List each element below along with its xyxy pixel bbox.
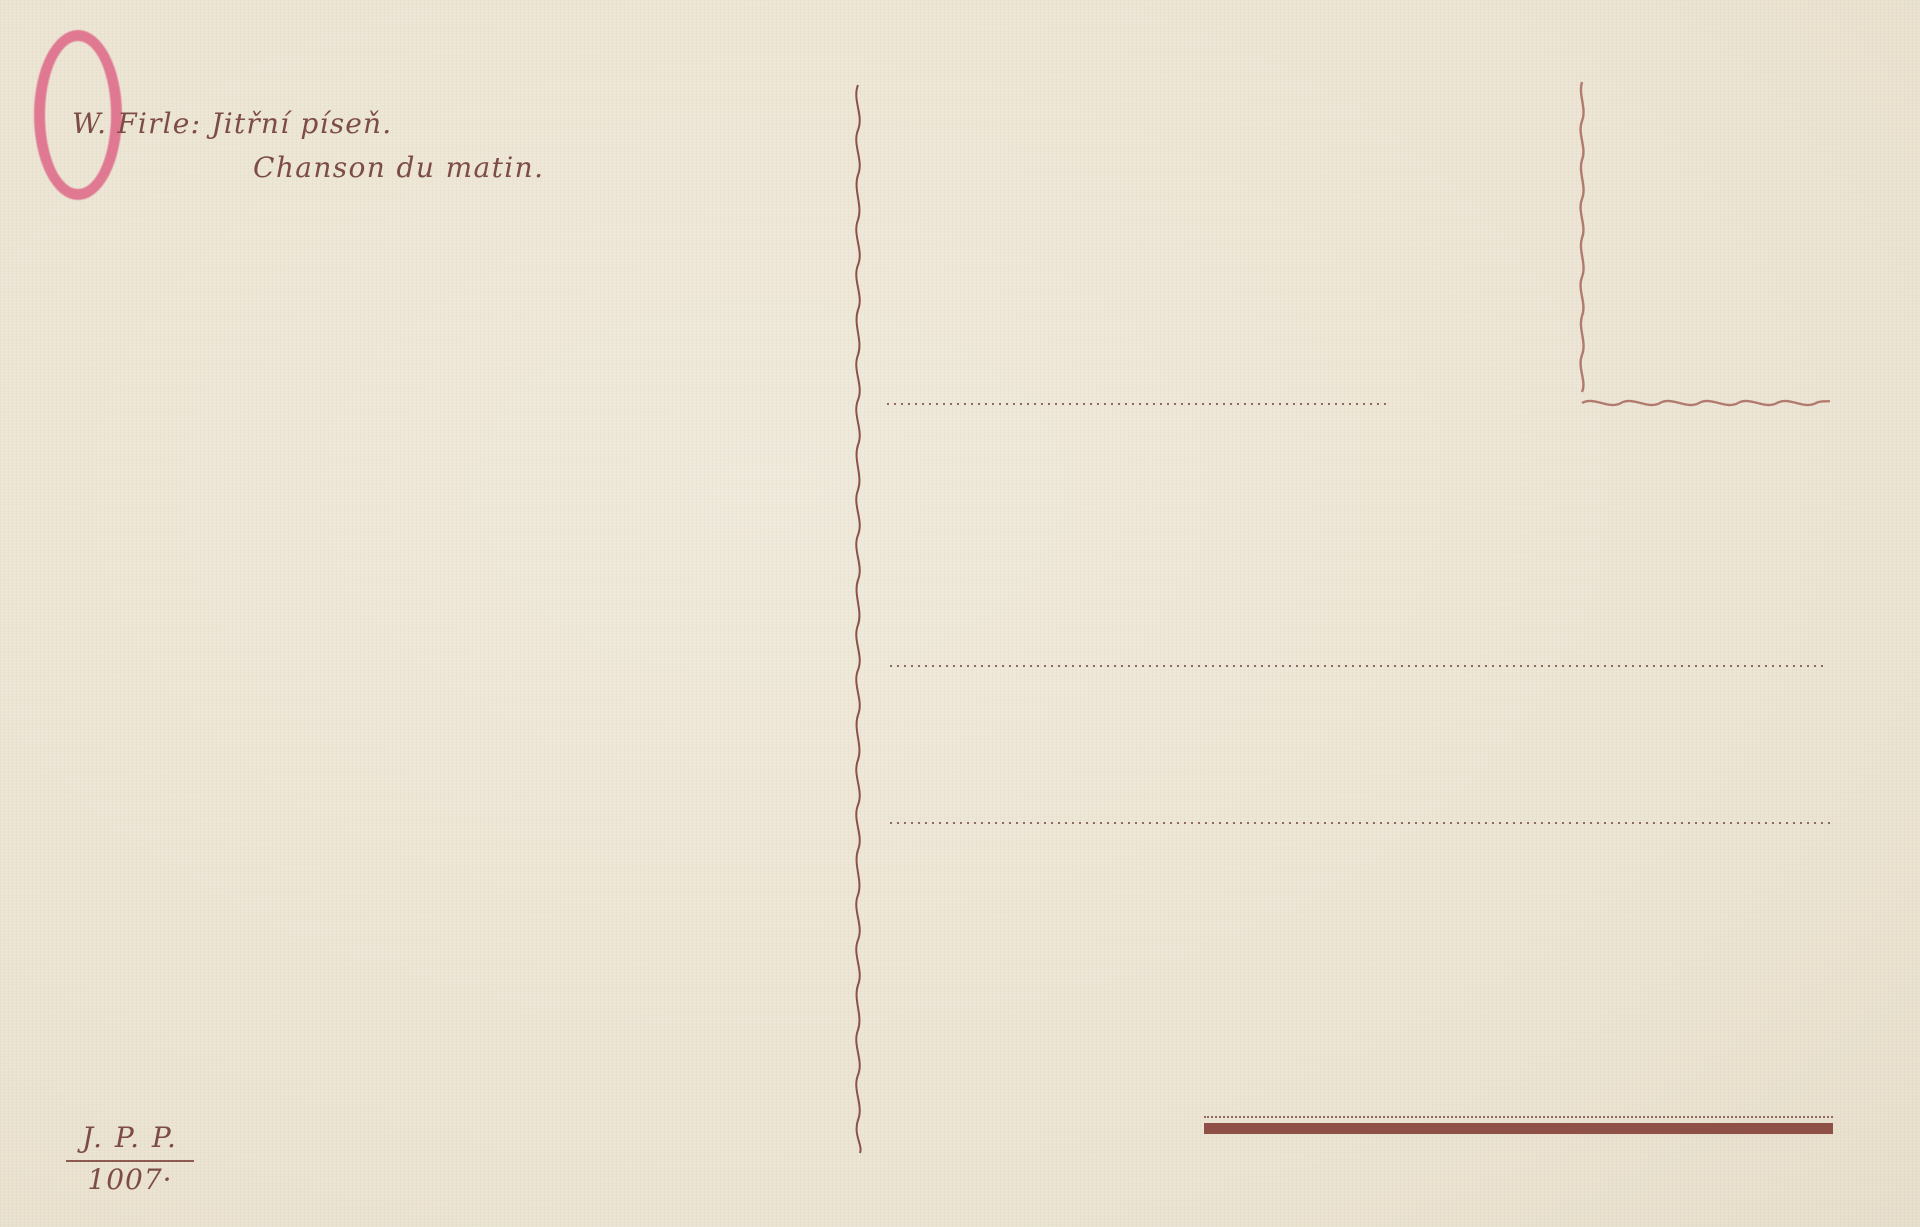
address-line-4: [1204, 1116, 1833, 1118]
bottom-bar: [1204, 1123, 1833, 1134]
postcard-back: W. Firle: Jitřní píseň. Chanson du matin…: [0, 0, 1920, 1227]
stamp-box-bottom-edge: [1582, 401, 1830, 405]
center-divider: [856, 85, 860, 1153]
stamp-box-left-edge: [1581, 82, 1584, 392]
postcard-rules: [0, 0, 1920, 1227]
